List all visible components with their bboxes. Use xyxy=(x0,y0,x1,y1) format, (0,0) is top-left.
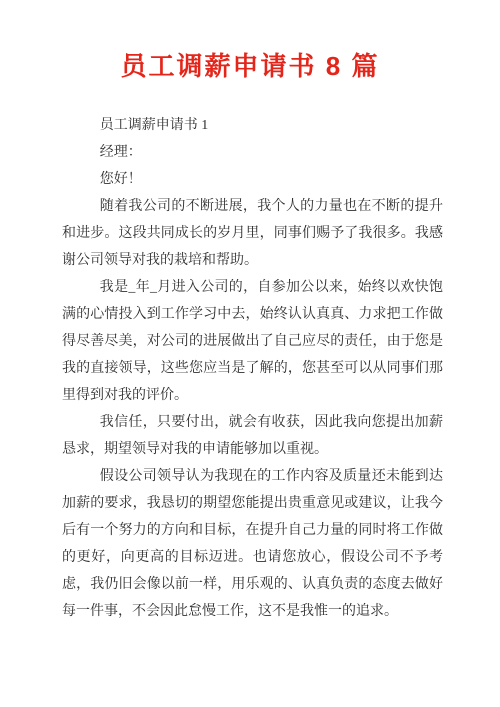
paragraph-3: 我信任，只要付出，就会有收获，因此我向您提出加薪恳求，期望领导对我的申请能够加以… xyxy=(62,409,443,463)
greeting-line: 您好！ xyxy=(62,166,443,193)
paragraph-2: 我是_年_月进入公司的，自参加公以来，始终以欢快饱满的心情投入到工作学习中去，始… xyxy=(62,274,443,409)
paragraph-1: 随着我公司的不断进展，我个人的力量也在不断的提升和进步。这段共同成长的岁月里，同… xyxy=(62,193,443,274)
paragraph-4: 假设公司领导认为我现在的工作内容及质量还未能到达加薪的要求，我恳切的期望您能提出… xyxy=(62,463,443,625)
document-title: 员工调薪申请书 8 篇 xyxy=(0,50,500,83)
salutation-line: 经理： xyxy=(62,139,443,166)
document-page: 员工调薪申请书 8 篇 员工调薪申请书 1 经理： 您好！ 随着我公司的不断进展… xyxy=(0,0,500,707)
section-heading: 员工调薪申请书 1 xyxy=(62,112,443,139)
document-body: 员工调薪申请书 1 经理： 您好！ 随着我公司的不断进展，我个人的力量也在不断的… xyxy=(0,112,500,625)
